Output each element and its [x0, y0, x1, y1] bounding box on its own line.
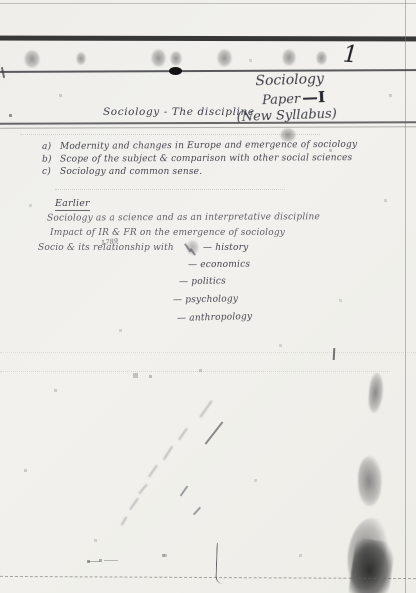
syllabus-item-label: b) [42, 155, 60, 165]
syllabus-item-text: Modernity and changes in Europe and emer… [60, 140, 357, 152]
syllabus-item-label: a) [42, 142, 60, 152]
binding-smudge [282, 49, 296, 66]
faint-crease [0, 352, 416, 353]
binding-smudge [24, 50, 40, 68]
syllabus-item: a)Modernity and changes in Europe and em… [42, 140, 357, 152]
binding-smudge [217, 49, 232, 67]
bleed-stroke [138, 484, 147, 494]
earlier-line: Socio & its relationship with [38, 243, 174, 253]
binding-smudge [316, 51, 327, 65]
title-underline-rule [0, 121, 416, 128]
bleed-stroke [129, 498, 139, 511]
page-title: Sociology - The discipline [103, 106, 255, 118]
pencil-dash [88, 561, 100, 562]
earlier-line: Impact of IR & FR on the emergence of so… [50, 228, 285, 238]
related-field: psychology [173, 294, 238, 305]
bleed-stroke [121, 516, 128, 526]
syllabus-item-label: c) [42, 167, 60, 177]
pencil-dash [104, 560, 118, 561]
binding-smudge [170, 51, 182, 66]
dash-stroke [303, 97, 317, 99]
corner-note-paper-label: Paper [262, 92, 301, 108]
syllabus-item-text: Sociology and common sense. [60, 167, 202, 177]
page-number: 1 [342, 42, 358, 69]
earlier-line: Sociology as a science and as an interpr… [47, 212, 320, 223]
bleed-stroke [199, 400, 212, 418]
related-field: anthropology [177, 312, 253, 324]
bleed-stroke [148, 465, 158, 478]
ink-smudge [186, 240, 199, 255]
faint-crease [20, 134, 320, 135]
scan-top-hairline [0, 3, 416, 4]
syllabus-item-text: Scope of the subject & comparison with o… [60, 153, 352, 165]
scanned-notebook-page: 1 Sociology PaperI (New Syllabus) Sociol… [0, 0, 416, 593]
pen-tick [333, 348, 335, 360]
corner-note-paper-numeral: I [318, 88, 326, 106]
page-right-edge-line [405, 0, 406, 593]
syllabus-item: c)Sociology and common sense. [42, 167, 202, 177]
earlier-heading: Earlier [55, 198, 90, 211]
bleed-stroke [180, 486, 189, 497]
bleed-stroke [163, 446, 173, 461]
corner-dark-smudge [348, 537, 395, 593]
scan-noise [0, 0, 1, 1]
bleed-stroke [193, 507, 201, 516]
related-field: politics [179, 277, 226, 288]
binding-smudge [151, 49, 166, 67]
related-field: history [203, 243, 248, 253]
binding-smudge [76, 52, 86, 65]
bleed-stroke [178, 428, 188, 441]
related-field: economics [188, 260, 250, 271]
ink-blot-dot [169, 67, 182, 75]
edge-smudge [367, 372, 385, 413]
syllabus-item: b)Scope of the subject & comparison with… [42, 153, 352, 165]
bleed-stroke [205, 421, 224, 444]
edge-smudge [356, 455, 383, 507]
scan-dark-band [0, 36, 416, 42]
faint-crease [55, 189, 285, 190]
pen-squiggle [215, 543, 224, 584]
faint-crease [0, 371, 390, 372]
